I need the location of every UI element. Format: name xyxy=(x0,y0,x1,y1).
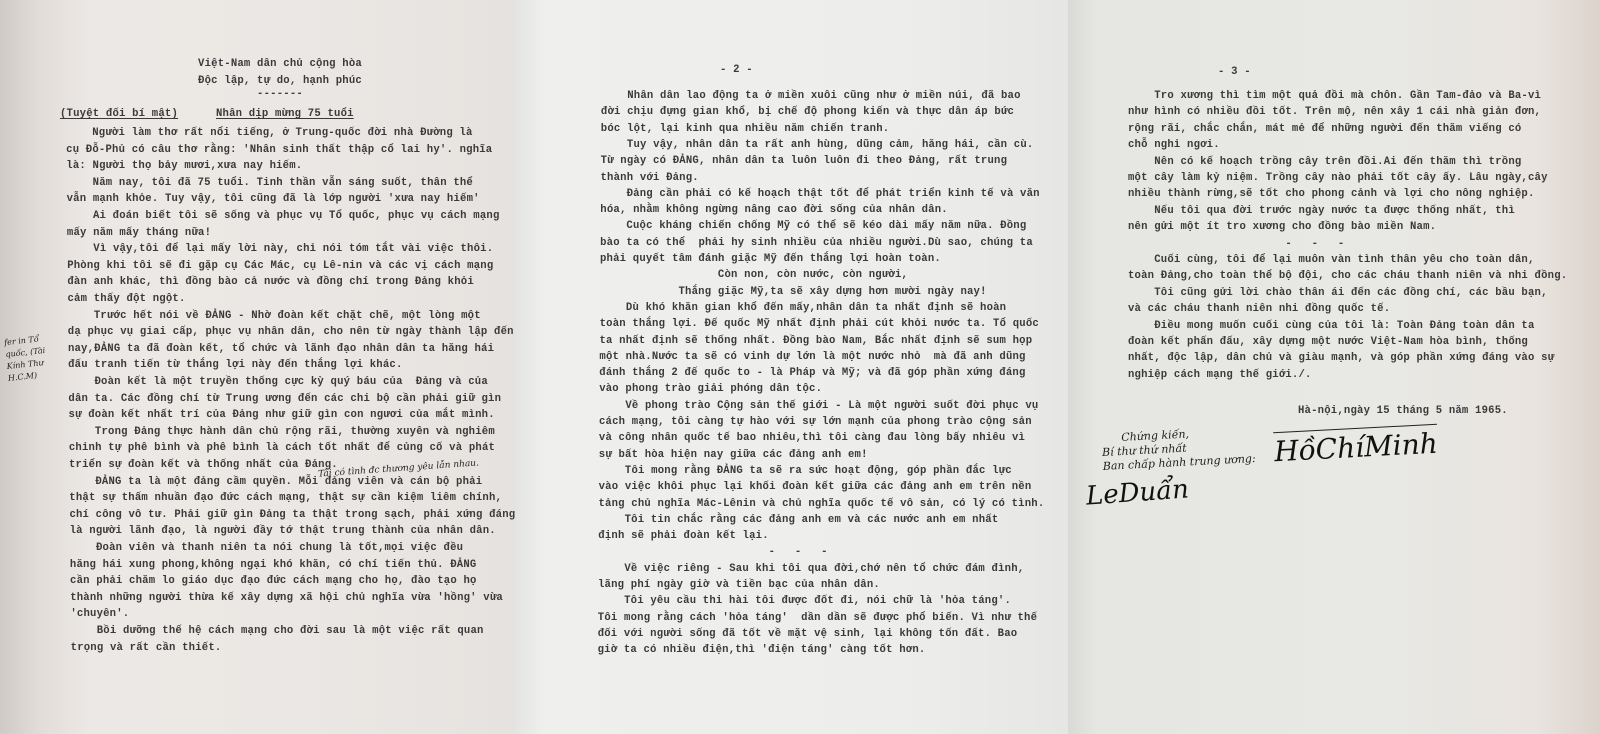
text-line: Tuy vậy, nhân dân ta rất anh hùng, dũng … xyxy=(601,139,1034,151)
text-line: Năm nay, tôi đã 75 tuổi. Tinh thần vẫn s… xyxy=(66,177,473,189)
text-line: Vì vậy,tôi để lại mấy lời này, chỉ nói t… xyxy=(67,243,493,255)
text-line: bào ta có thể phải hy sinh nhiều của nhi… xyxy=(600,237,1033,249)
text-line: thành những người thừa kế xây dựng xã hộ… xyxy=(70,592,503,604)
text-line: vào việc khôi phục lại khối đoàn kết giữ… xyxy=(599,481,1032,493)
text-line: nên gửi một ít tro xương cho đồng bào mi… xyxy=(1128,221,1436,233)
text-line: Phòng khi tôi sẽ đi gặp cụ Các Mác, cụ L… xyxy=(67,260,493,272)
text-line: Thắng giặc Mỹ,ta sẽ xây dựng hơn mười ng… xyxy=(600,286,987,298)
text-line: Nên có kế hoạch trồng cây trên đồi.Ai đế… xyxy=(1128,156,1521,168)
text-line: - - - xyxy=(1128,238,1344,250)
text-line: triển sự đoàn kết và thống nhất của Đảng… xyxy=(69,459,338,471)
document-title: Nhân dịp mừng 75 tuổi xyxy=(216,108,354,120)
text-line: Người làm thơ rất nổi tiếng, ở Trung-quố… xyxy=(66,127,473,139)
text-line: Cuối cùng, tôi để lại muôn vàn tình thân… xyxy=(1128,254,1535,266)
text-line: Tôi tin chắc rằng các đảng anh em và các… xyxy=(598,514,998,526)
text-line: hóa, nhằm không ngừng nâng cao đời sống … xyxy=(600,204,948,216)
text-line: Nhân dân lao động ta ở miền xuôi cũng nh… xyxy=(601,90,1021,102)
text-line: Tôi mong rằng cách 'hỏa táng' dần dần sẽ… xyxy=(598,612,1037,624)
text-line: Đảng cần phải có kế hoạch thật tốt để ph… xyxy=(600,188,1039,200)
text-line: 'chuyên'. xyxy=(70,608,129,620)
text-line: vẫn mạnh khỏe. Tuy vậy, tôi cũng đã là l… xyxy=(67,193,480,205)
text-line: ĐẢNG ta là một đảng cầm quyền. Mỗi đảng … xyxy=(69,476,482,488)
text-line: nghiệp cách mạng thế giới./. xyxy=(1128,369,1312,381)
text-line: Đoàn viên và thanh niên ta nói chung là … xyxy=(70,542,463,554)
header-line-2: Độc lập, tự do, hạnh phúc xyxy=(160,75,400,87)
text-line: Trong Đảng thực hành dân chủ rộng rãi, t… xyxy=(69,426,495,438)
le-duan-signature: LeDuẩn xyxy=(1085,474,1190,511)
text-line: Tôi yêu cầu thi hài tôi được đốt đi, nói… xyxy=(598,595,1011,607)
text-line: Bồi dưỡng thế hệ cách mạng cho đời sau l… xyxy=(71,625,484,637)
text-line: Đoàn kết là một truyền thống cực kỳ quý … xyxy=(68,376,488,388)
text-line: Tôi cũng gửi lời chào thân ái đến các đồ… xyxy=(1128,287,1548,299)
text-line: dân ta. Các đồng chí từ Trung ương đến c… xyxy=(68,393,501,405)
text-line: Từ ngày có ĐẢNG, nhân dân ta luôn luôn đ… xyxy=(601,155,1008,167)
text-line: cách mạng, tôi càng tự hào với sự lớn mạ… xyxy=(599,416,1032,428)
document-page-1: Việt-Nam dân chủ cộng hòa Độc lập, tự do… xyxy=(0,0,515,734)
text-line: Trước hết nói về ĐẢNG - Nhờ đoàn kết chặ… xyxy=(68,310,481,322)
text-line: Ai đoán biết tôi sẽ sống và phục vụ Tổ q… xyxy=(67,210,500,222)
text-line: nhiều thành rừng,sẽ tốt cho phong cảnh v… xyxy=(1128,188,1535,200)
text-line: đánh thắng 2 đế quốc to - là Pháp và Mỹ;… xyxy=(599,367,1025,379)
text-line: Cuộc kháng chiến chống Mỹ có thể sẽ kéo … xyxy=(600,220,1026,232)
text-line: mấy năm mấy tháng nữa! xyxy=(67,227,211,239)
text-line: Tôi mong rằng ĐẢNG ta sẽ ra sức hoạt độn… xyxy=(599,465,1012,477)
text-line: đối với người sống đã tốt về mặt vệ sinh… xyxy=(598,628,1018,640)
text-line: sự đoàn kết nhất trí của Đảng như giữ gì… xyxy=(69,409,495,421)
text-line: thật sự thấm nhuần đạo đức cách mạng, th… xyxy=(69,492,502,504)
text-line: chỉnh tự phê bình và phê bình là cách tố… xyxy=(69,442,495,454)
text-line: rộng rãi, chắc chắn, mát mẻ để những ngư… xyxy=(1128,123,1521,135)
text-line: toàn Đảng,cho toàn thể bộ đội, cho các c… xyxy=(1128,270,1567,282)
text-line: Điều mong muốn cuối cùng của tôi là: Toà… xyxy=(1128,320,1535,332)
text-line: nay,ĐẢNG ta đã đoàn kết, tổ chức và lãnh… xyxy=(68,343,494,355)
text-line: bóc lột, lại kinh qua nhiều năm chiến tr… xyxy=(601,123,890,135)
text-line: lãng phí ngày giờ và tiền bạc của nhân d… xyxy=(598,579,880,591)
date-line: Hà-nội,ngày 15 tháng 5 năm 1965. xyxy=(1298,405,1508,417)
page-number: - 3 - xyxy=(1218,66,1251,78)
text-line: dạ phục vụ giai cấp, phục vụ nhân dân, c… xyxy=(68,326,514,338)
text-line: chỗ nghỉ ngơi. xyxy=(1128,139,1220,151)
text-line: - - - xyxy=(598,546,828,558)
text-line: như hình có nhiều đồi tốt. Trên mộ, nên … xyxy=(1128,106,1541,118)
text-line: tảng chủ nghĩa Mác-Lênin và chủ nghĩa qu… xyxy=(599,498,1045,510)
document-page-3: - 3 - Tro xương thì tìm một quả đồi mà c… xyxy=(1068,0,1600,734)
text-line: và các cháu thanh niên nhi đồng quốc tế. xyxy=(1128,303,1390,315)
text-line: định sẽ phải đoàn kết lại. xyxy=(598,530,769,542)
margin-note: fer in Tổ quốc, (Tài Kính Thư H.C.M) xyxy=(4,331,67,385)
witness-block: Chứng kiến, Bí thư thứ nhất Ban chấp hàn… xyxy=(1101,424,1256,474)
text-line: đấu tranh tiến từ thắng lợi này đến thắn… xyxy=(68,359,402,371)
page-number: - 2 - xyxy=(720,64,753,76)
text-line: là người lãnh đạo, là người đầy tớ thật … xyxy=(70,525,496,537)
text-line: nhất, độc lập, dân chủ và giàu mạnh, và … xyxy=(1128,352,1554,364)
text-line: và công nhân quốc tế bao nhiêu,thì tôi c… xyxy=(599,432,1025,444)
text-line: cần phải chăm lo giáo dục đạo đức cách m… xyxy=(70,575,477,587)
text-line: trọng và rất cần thiết. xyxy=(71,642,222,654)
secrecy-label: (Tuyệt đối bí mật) xyxy=(60,108,178,120)
text-line: phải quyết tâm đánh giặc Mỹ đến thắng lợ… xyxy=(600,253,941,265)
ho-chi-minh-signature: HồChíMinh xyxy=(1273,424,1438,469)
text-line: toàn thắng lợi. Đế quốc Mỹ nhất định phả… xyxy=(600,318,1039,330)
text-line: Nếu tôi qua đời trước ngày nước ta được … xyxy=(1128,205,1515,217)
header-rule: ------- xyxy=(160,88,400,100)
text-line: cụ Đỗ-Phủ có câu thơ rằng: 'Nhân sinh th… xyxy=(66,144,492,156)
text-line: chí công vô tư. Phải giữ gìn Đảng ta thậ… xyxy=(69,509,515,521)
text-line: Còn non, còn nước, còn người, xyxy=(600,269,908,281)
text-line: Dù khó khăn gian khổ đến mấy,nhân dân ta… xyxy=(600,302,1007,314)
header-line-1: Việt-Nam dân chủ cộng hòa xyxy=(160,58,400,70)
text-line: giờ ta có nhiều điện,thì 'điện táng' càn… xyxy=(598,644,926,656)
text-line: đoàn kết phấn đấu, xây dựng một nước Việ… xyxy=(1128,336,1528,348)
text-line: đời chịu đựng gian khổ, bị chế độ phong … xyxy=(601,106,1014,118)
text-line: Về việc riêng - Sau khi tôi qua đời,chớ … xyxy=(598,563,1024,575)
text-line: cảm thấy đột ngột. xyxy=(68,293,186,305)
text-line: Về phong trào Cộng sản thế giới - Là một… xyxy=(599,400,1038,412)
text-line: một nhà.Nước ta sẽ có vinh dự lớn là một… xyxy=(599,351,1025,363)
text-line: đàn anh khác, thì đồng bào cả nước và đồ… xyxy=(67,276,474,288)
text-line: vào phong trào giải phóng dân tộc. xyxy=(599,383,822,395)
text-line: một cây làm kỷ niệm. Trồng cây nào phải … xyxy=(1128,172,1548,184)
document-page-2: - 2 - Nhân dân lao động ta ở miền xuôi c… xyxy=(515,0,1068,734)
text-line: hăng hái xung phong,không ngại khó khăn,… xyxy=(70,559,477,571)
text-line: ta nhất định sẽ thống nhất. Đồng bào Nam… xyxy=(600,335,1033,347)
text-line: Tro xương thì tìm một quả đồi mà chôn. G… xyxy=(1128,90,1541,102)
text-line: thành với Đảng. xyxy=(601,172,699,184)
text-line: là: Người thọ bảy mươi,xưa nay hiếm. xyxy=(66,160,302,172)
text-line: sự bất hòa hiện nay giữa các đảng anh em… xyxy=(599,449,868,461)
